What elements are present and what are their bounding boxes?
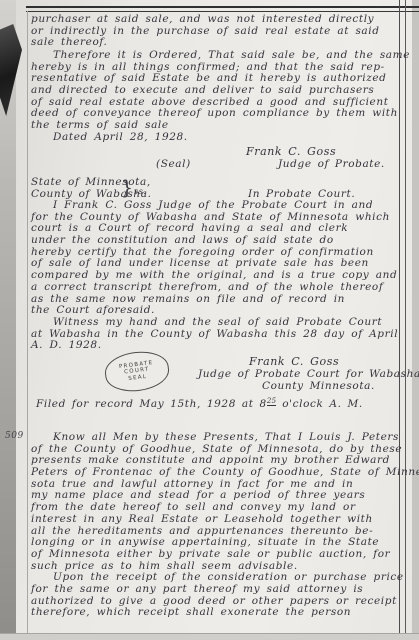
- left-margin-rule: [27, 11, 28, 633]
- margin-entry-number: 509: [5, 431, 24, 441]
- judge-title: Judge of Probate.: [278, 158, 385, 170]
- record-book-photo: purchaser at said sale, and was not inte…: [0, 0, 419, 640]
- filed-text: o'clock A. M.: [276, 398, 362, 410]
- handwritten-line: sale thereof.: [31, 37, 380, 49]
- handwritten-line: Know all Men by these Presents, That I L…: [31, 432, 419, 444]
- seal-note: (Seal): [156, 158, 191, 170]
- handwritten-line: of Minnesota either by private sale or p…: [31, 549, 419, 561]
- handwritten-line: purchaser at said sale, and was not inte…: [31, 14, 380, 26]
- section-power-of-attorney: Know all Men by these Presents, That I L…: [31, 432, 419, 619]
- judge-signature: Frank C. Goss: [249, 355, 339, 368]
- section-continuation: purchaser at said sale, and was not inte…: [31, 14, 380, 49]
- seal-text: SEAL: [128, 374, 148, 383]
- judge-title-county: County Minnesota.: [262, 380, 375, 392]
- handwritten-line: I Frank C. Goss Judge of the Probate Cou…: [31, 200, 398, 212]
- venue-brace: }: [121, 177, 134, 199]
- filed-time-superscript: 25: [267, 397, 277, 406]
- judge-title: Judge of Probate Court for Wabasha: [198, 368, 419, 380]
- page-bottom-edge: [0, 633, 419, 640]
- filed-for-record-line: Filed for record May 15th, 1928 at 825 o…: [36, 397, 363, 410]
- judge-signature: Frank C. Goss: [246, 145, 336, 158]
- handwritten-line: Witness my hand and the seal of said Pro…: [31, 317, 398, 329]
- handwritten-line: therefore, which receipt shall exonerate…: [31, 607, 419, 619]
- filed-text: Filed for record May 15th, 1928 at 8: [36, 398, 267, 410]
- handwritten-line: and directed to execute and deliver to s…: [31, 85, 410, 97]
- handwritten-line: A. D. 1928.: [31, 340, 398, 352]
- venue-ss: ss.: [134, 187, 147, 196]
- dated-line: Dated April 28, 1928.: [31, 132, 410, 144]
- top-ruled-border: [26, 6, 419, 12]
- handwritten-line: a correct transcript therefrom, and of t…: [31, 282, 398, 294]
- handwritten-line: for the same or any part thereof my said…: [31, 584, 419, 596]
- handwritten-line: Peters of Frontenac of the County of Goo…: [31, 467, 419, 479]
- section-order-confirmation: Therefore it is Ordered, That said sale …: [31, 50, 410, 144]
- handwritten-line: Therefore it is Ordered, That said sale …: [31, 50, 410, 62]
- handwritten-line: interest in any Real Estate or Leasehold…: [31, 514, 419, 526]
- handwritten-line: under the constitution and laws of said …: [31, 235, 398, 247]
- section-certification: I Frank C. Goss Judge of the Probate Cou…: [31, 200, 398, 352]
